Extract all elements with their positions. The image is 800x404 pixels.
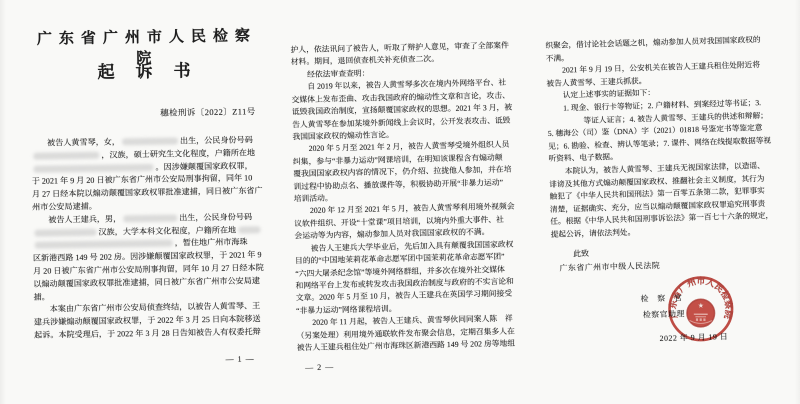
body-text: 经依法审查查明：	[307, 69, 370, 79]
body-text: “非暴力运动”网络课程培训。	[296, 304, 397, 315]
redaction-blur	[122, 137, 178, 145]
body-text: 于 2021 年 9 月 20 日被广东省广州市公安局刑事拘留，同年 10	[32, 174, 253, 186]
closing-salutation: 此致	[573, 248, 589, 259]
page-1-body: 被告人黄雪琴，女，出生，公民身份号码，汉族，硕士研究生文化程度，户籍所在地。因涉…	[31, 134, 262, 342]
page-3-body: 织聚会，借讨论社会话题之机，煽动参加人员对我国国家政权的不满。2021 年 9 …	[545, 34, 767, 241]
emblem-star-icon: ★	[698, 302, 704, 310]
body-text: 会运动等为内容，煽动参加人员对我国国家政权的不满。	[294, 228, 489, 241]
page-number-1: — 1 —	[225, 354, 254, 363]
body-text: 被告人王建兵，男，	[48, 214, 121, 224]
addressee-court-name: 广东省广州市中级人民法院	[559, 260, 660, 274]
body-text: 。因涉嫌颠覆国家政权罪，	[155, 161, 252, 172]
body-text: 听资料、电子数据。	[548, 152, 617, 163]
body-text: ，暂住地广州市海珠	[175, 238, 248, 248]
body-text: 区新港西路 149 号 202 房。因涉嫌颠覆国家政权罪，于 2021 年 9	[33, 250, 262, 263]
body-text: 本案由广东省广州市公安局侦查终结，以被告人黄雪琴、王	[50, 302, 261, 314]
body-text: 以煽动颠覆国家政权罪批准逮捕，同日被广东省广州市公安局逮	[33, 276, 260, 289]
body-text: 提起公诉，请依法判处。	[551, 228, 636, 239]
body-text: 培训活动。	[294, 194, 333, 204]
body-text: 建兵涉嫌煽动颠覆国家政权罪，于 2022 年 3 月 25 日向本院移送	[34, 314, 261, 327]
body-text: 认定上述事实的证据如下：	[563, 88, 655, 100]
document-title: 起诉书	[30, 55, 258, 84]
body-text: 月 27 日经本院以煽动颠覆国家政权罪批准逮捕，同日被广东省广	[32, 186, 263, 199]
body-text: 州市公安局逮捕。	[32, 202, 97, 212]
indictment-page-2: 护人，依法讯问了被告人，听取了辩护人意见，审查了全部案件材料。期间，退回侦查机关…	[290, 40, 516, 385]
body-text: 不满。	[546, 53, 569, 63]
body-text: 汉族，大学本科文化程度，户籍所在地	[98, 225, 236, 236]
body-text: 被告人黄雪琴，女，	[47, 137, 120, 147]
national-emblem: ★	[687, 299, 715, 327]
body-text: 月 20 日被广东省广州市公安局刑事拘留，同年 10 月 27 日经本院	[33, 263, 264, 276]
redaction-blur	[33, 163, 153, 172]
body-text: ，汉族，硕士研究生文化程度，户籍所在地	[101, 148, 255, 159]
redaction-blur	[35, 240, 173, 249]
indictment-page-3: 织聚会，借讨论社会话题之机，煽动参加人员对我国国家政权的不满。2021 年 9 …	[545, 34, 771, 385]
body-text: 出生，公民身份号码	[179, 212, 252, 222]
procuratorate-seal: 广东省广州市人民检察院 ★	[667, 275, 735, 343]
redaction-blur	[34, 228, 96, 236]
redaction-blur	[33, 152, 99, 160]
redaction-blur	[238, 226, 260, 233]
page-number-2: — 2 —	[305, 362, 334, 372]
body-text: 目的的“中国地茉莉花革命志愿军团中国茉莉花革命志愿军团”	[295, 252, 505, 265]
indictment-page-1: 广东省广州市人民检察院 起诉书 穗检刑诉〔2022〕Z11号 被告人黄雪琴，女，…	[29, 22, 262, 376]
document-number: 穗检刑诉〔2022〕Z11号	[160, 105, 256, 118]
body-text: 被告人王建兵租住处广州市海珠区新港西路 149 号 202 房等地组	[297, 339, 515, 353]
body-text: 被告人黄雪琴、王建兵抓获。	[546, 76, 646, 88]
body-text: 出生，公民身份号码	[180, 135, 253, 145]
body-text: 2020 年 5 月至 2021 年 2 月，被告人黄雪琴受境外组织人员	[309, 140, 510, 153]
scanned-document-canvas: 广东省广州市人民检察院 起诉书 穗检刑诉〔2022〕Z11号 被告人黄雪琴，女，…	[0, 0, 800, 404]
text-line: 起诉。本院受理后，于 2022 年 3 月 28 日告知被告人有权委托辩	[34, 326, 262, 342]
redaction-gap	[548, 122, 584, 124]
body-text: 2020 年 11 月起，被告人王建兵、黄雪琴伙同同案人陈 祥	[312, 314, 513, 327]
page-2-body: 护人，依法讯问了被告人，听取了辩护人意见，审查了全部案件材料。期间，退回侦查机关…	[290, 40, 515, 355]
body-text: 我国国家政权的煽动性言论。	[292, 130, 394, 141]
body-text: 文章。2020 年 5 月至 10 月，被告人王建兵在英国学习期间接受	[296, 289, 513, 303]
body-text: 材料。期间，退回侦查机关补充侦查二次。	[291, 55, 439, 67]
redaction-blur	[123, 214, 177, 222]
seal-graphic: 广东省广州市人民检察院 ★	[667, 275, 735, 343]
body-text: 护人，依法讯问了被告人，听取了辩护人意见，审查了全部案件	[290, 41, 508, 55]
body-text: 捕。	[33, 292, 49, 301]
body-text: 自 2019 年以来，被告人黄雪琴多次在境内外网络平台、社	[307, 78, 506, 91]
body-text: 起诉。本院受理后，于 2022 年 3 月 28 日告知被告人有权委托辩	[34, 327, 261, 340]
